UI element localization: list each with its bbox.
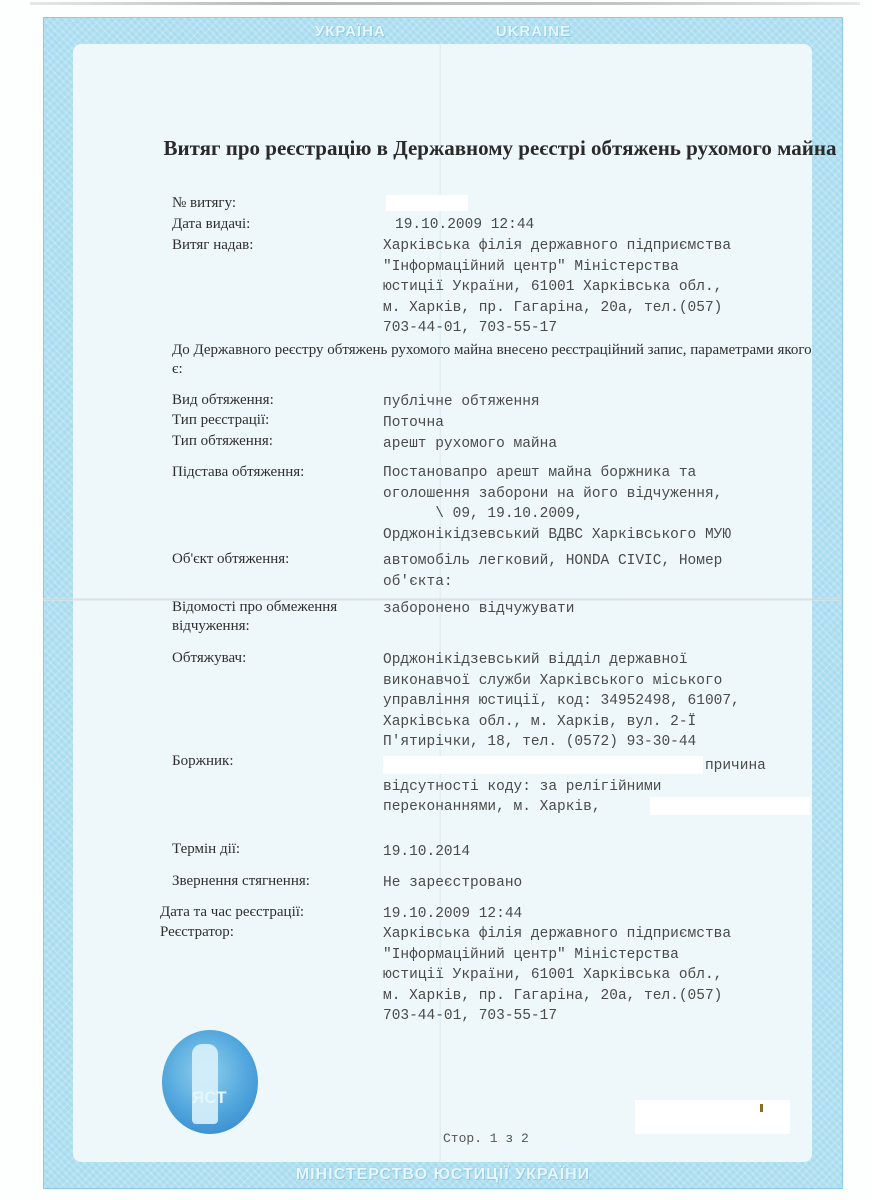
field-label-alienation-restriction: Відомості про обмеження відчуження: [172, 598, 372, 636]
field-value-registration-type: Поточна [383, 413, 444, 434]
field-value-encumbrance-basis: Постановапро арешт майна боржника та ого… [383, 463, 731, 545]
redacted-extract-number [386, 195, 468, 211]
field-label-debtor: Боржник: [172, 752, 234, 771]
field-label-registration-datetime: Дата та час реєстрації: [160, 903, 304, 922]
field-value-encumbrance-kind: публічне обтяження [383, 392, 540, 413]
field-value-alienation-restriction: заборонено відчужувати [383, 599, 574, 620]
field-value-encumbrance-type: арешт рухомого майна [383, 434, 557, 455]
field-value-registrar: Харківська філія державного підприємства… [383, 924, 731, 1027]
page-indicator: Стор. 1 з 2 [443, 1131, 529, 1146]
themis-figure-icon [192, 1044, 218, 1124]
field-value-issue-date: 19.10.2009 12:44 [395, 215, 534, 236]
field-label-issued-by: Витяг надав: [172, 236, 253, 255]
field-value-enforcement: Не зареєстровано [383, 873, 522, 894]
field-value-issued-by: Харківська філія державного підприємства… [383, 236, 731, 339]
ink-mark [760, 1104, 763, 1112]
field-label-validity-term: Термін дії: [172, 840, 240, 859]
field-label-encumbrance-type: Тип обтяження: [172, 432, 273, 451]
field-label-encumbrancer: Обтяжувач: [172, 649, 246, 668]
field-label-encumbrance-kind: Вид обтяження: [172, 391, 274, 410]
field-label-extract-number: № витягу: [172, 194, 236, 213]
field-label-enforcement: Звернення стягнення: [172, 872, 310, 891]
field-value-encumbrance-object: автомобіль легковий, HONDA CIVIC, Номер … [383, 551, 722, 592]
field-label-encumbrance-object: Об'єкт обтяження: [172, 550, 289, 569]
field-value-encumbrancer: Орджонікідзевський відділ державної вико… [383, 650, 740, 753]
field-label-registrar: Реєстратор: [160, 923, 234, 942]
field-value-registration-datetime: 19.10.2009 12:44 [383, 904, 522, 925]
document-title: Витяг про реєстрацію в Державному реєстр… [150, 134, 850, 162]
redacted-signature [635, 1100, 790, 1134]
field-label-issue-date: Дата видачі: [172, 215, 250, 234]
redacted-debtor-address [650, 797, 810, 815]
field-label-registration-type: Тип реєстрації: [172, 411, 269, 430]
ministry-seal-emblem: ЯСТ [162, 1030, 258, 1134]
intro-paragraph: До Державного реєстру обтяжень рухомого … [172, 341, 812, 379]
document-content: Витяг про реєстрацію в Державному реєстр… [0, 0, 872, 1200]
field-value-validity-term: 19.10.2014 [383, 842, 470, 863]
redacted-debtor-name [383, 756, 703, 774]
seal-text: ЯСТ [192, 1088, 226, 1108]
field-label-encumbrance-basis: Підстава обтяження: [172, 463, 304, 482]
